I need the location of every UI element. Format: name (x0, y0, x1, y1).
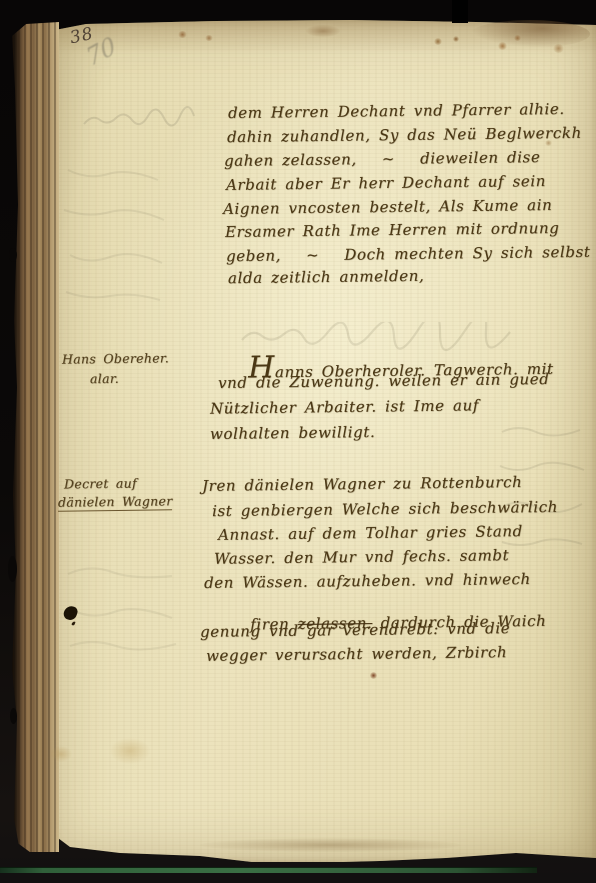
fore-edge-notch (9, 248, 17, 262)
text-line: wegger verursacht werden, Zrbirch (206, 644, 507, 665)
scan-gap (452, 0, 468, 23)
scanner-bar (0, 867, 537, 873)
fore-edge-notch (10, 708, 17, 724)
margin-note: Decret auf (64, 477, 137, 492)
text-line: Wasser. den Mur vnd fechs. sambt (214, 547, 509, 568)
text-line: alda zeitlich anmelden, (228, 268, 424, 288)
margin-note: Hans Obereher. (62, 351, 169, 367)
fore-edge-notch (8, 556, 17, 582)
text-line: Nützlicher Arbaiter. ist Ime auf (210, 397, 479, 418)
margin-note: alar. (90, 372, 119, 387)
text-line: wolhalten bewilligt. (210, 424, 376, 443)
margin-note: dänielen Wagner (58, 494, 173, 512)
manuscript-scan: 38 70 dem Herren Dechant vnd Pfarrer alh… (0, 0, 596, 883)
book-fore-edge (12, 22, 59, 852)
